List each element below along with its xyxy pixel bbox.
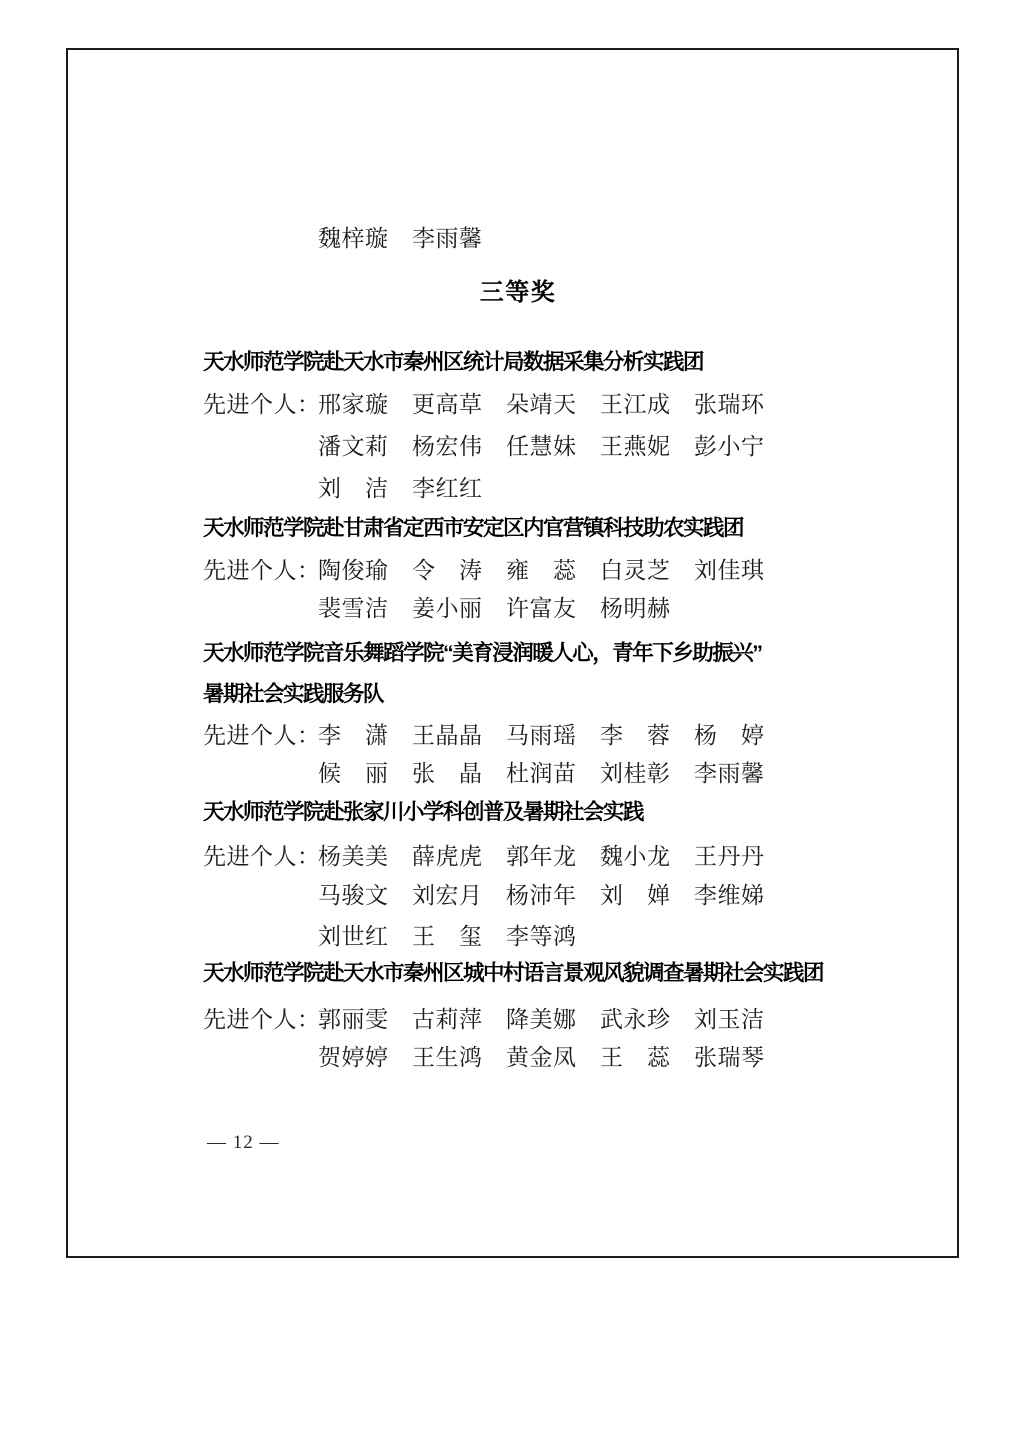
names-line: 候 丽 张 晶 杜润苗 刘桂彰 李雨馨 (203, 761, 998, 787)
team-title: 天水师范学院音乐舞蹈学院“美育浸润暖人心，青年下乡助振兴” (203, 641, 883, 666)
names-line: 刘 洁 李红红 (203, 476, 998, 502)
advanced-individuals-label: 先进个人： (203, 392, 318, 418)
team-title: 天水师范学院赴张家川小学科创普及暑期社会实践 (203, 800, 883, 825)
advanced-individuals-line: 先进个人：杨美美 薛虎虎 郭年龙 魏小龙 王丹丹 (203, 844, 883, 870)
advanced-individuals-line: 先进个人：郭丽雯 古莉萍 降美娜 武永珍 刘玉洁 (203, 1007, 883, 1033)
team-title: 天水师范学院赴甘肃省定西市安定区内官营镇科技助农实践团 (203, 516, 883, 541)
prize-heading: 三等奖 (203, 279, 833, 307)
team-title: 天水师范学院赴天水市秦州区城中村语言景观风貌调查暑期社会实践团 (203, 961, 883, 986)
names-text: 李 潇 王晶晶 马雨瑶 李 蓉 杨 婷 (318, 723, 765, 748)
advanced-individuals-label: 先进个人： (203, 844, 318, 870)
advanced-individuals-label: 先进个人： (203, 723, 318, 749)
names-text: 陶俊瑜 令 涛 雍 蕊 白灵芝 刘佳琪 (318, 558, 765, 583)
team-title: 天水师范学院赴天水市秦州区统计局数据采集分析实践团 (203, 350, 883, 375)
advanced-individuals-line: 先进个人：邢家璇 更高草 朵靖天 王江成 张瑞环 (203, 392, 883, 418)
advanced-individuals-line: 先进个人：李 潇 王晶晶 马雨瑶 李 蓉 杨 婷 (203, 723, 883, 749)
names-line: 贺婷婷 王生鸿 黄金凤 王 蕊 张瑞琴 (203, 1045, 998, 1071)
advanced-individuals-label: 先进个人： (203, 1007, 318, 1033)
names-text: 杨美美 薛虎虎 郭年龙 魏小龙 王丹丹 (318, 844, 765, 869)
names-line: 裴雪洁 姜小丽 许富友 杨明赫 (203, 596, 998, 622)
team-title-line2: 暑期社会实践服务队 (203, 682, 883, 707)
names-line: 潘文莉 杨宏伟 任慧妹 王燕妮 彭小宁 (203, 434, 998, 460)
names-line: 马骏文 刘宏月 杨沛年 刘 婵 李维娣 (203, 883, 998, 909)
advanced-individuals-label: 先进个人： (203, 558, 318, 584)
names-text: 邢家璇 更高草 朵靖天 王江成 张瑞环 (318, 392, 765, 417)
names-text: 郭丽雯 古莉萍 降美娜 武永珍 刘玉洁 (318, 1007, 765, 1032)
page-number: — 12 — (207, 1132, 280, 1154)
continuation-names-line: 魏梓璇 李雨馨 (203, 226, 998, 252)
advanced-individuals-line: 先进个人：陶俊瑜 令 涛 雍 蕊 白灵芝 刘佳琪 (203, 558, 883, 584)
names-line: 刘世红 王 玺 李等鸿 (203, 924, 998, 950)
